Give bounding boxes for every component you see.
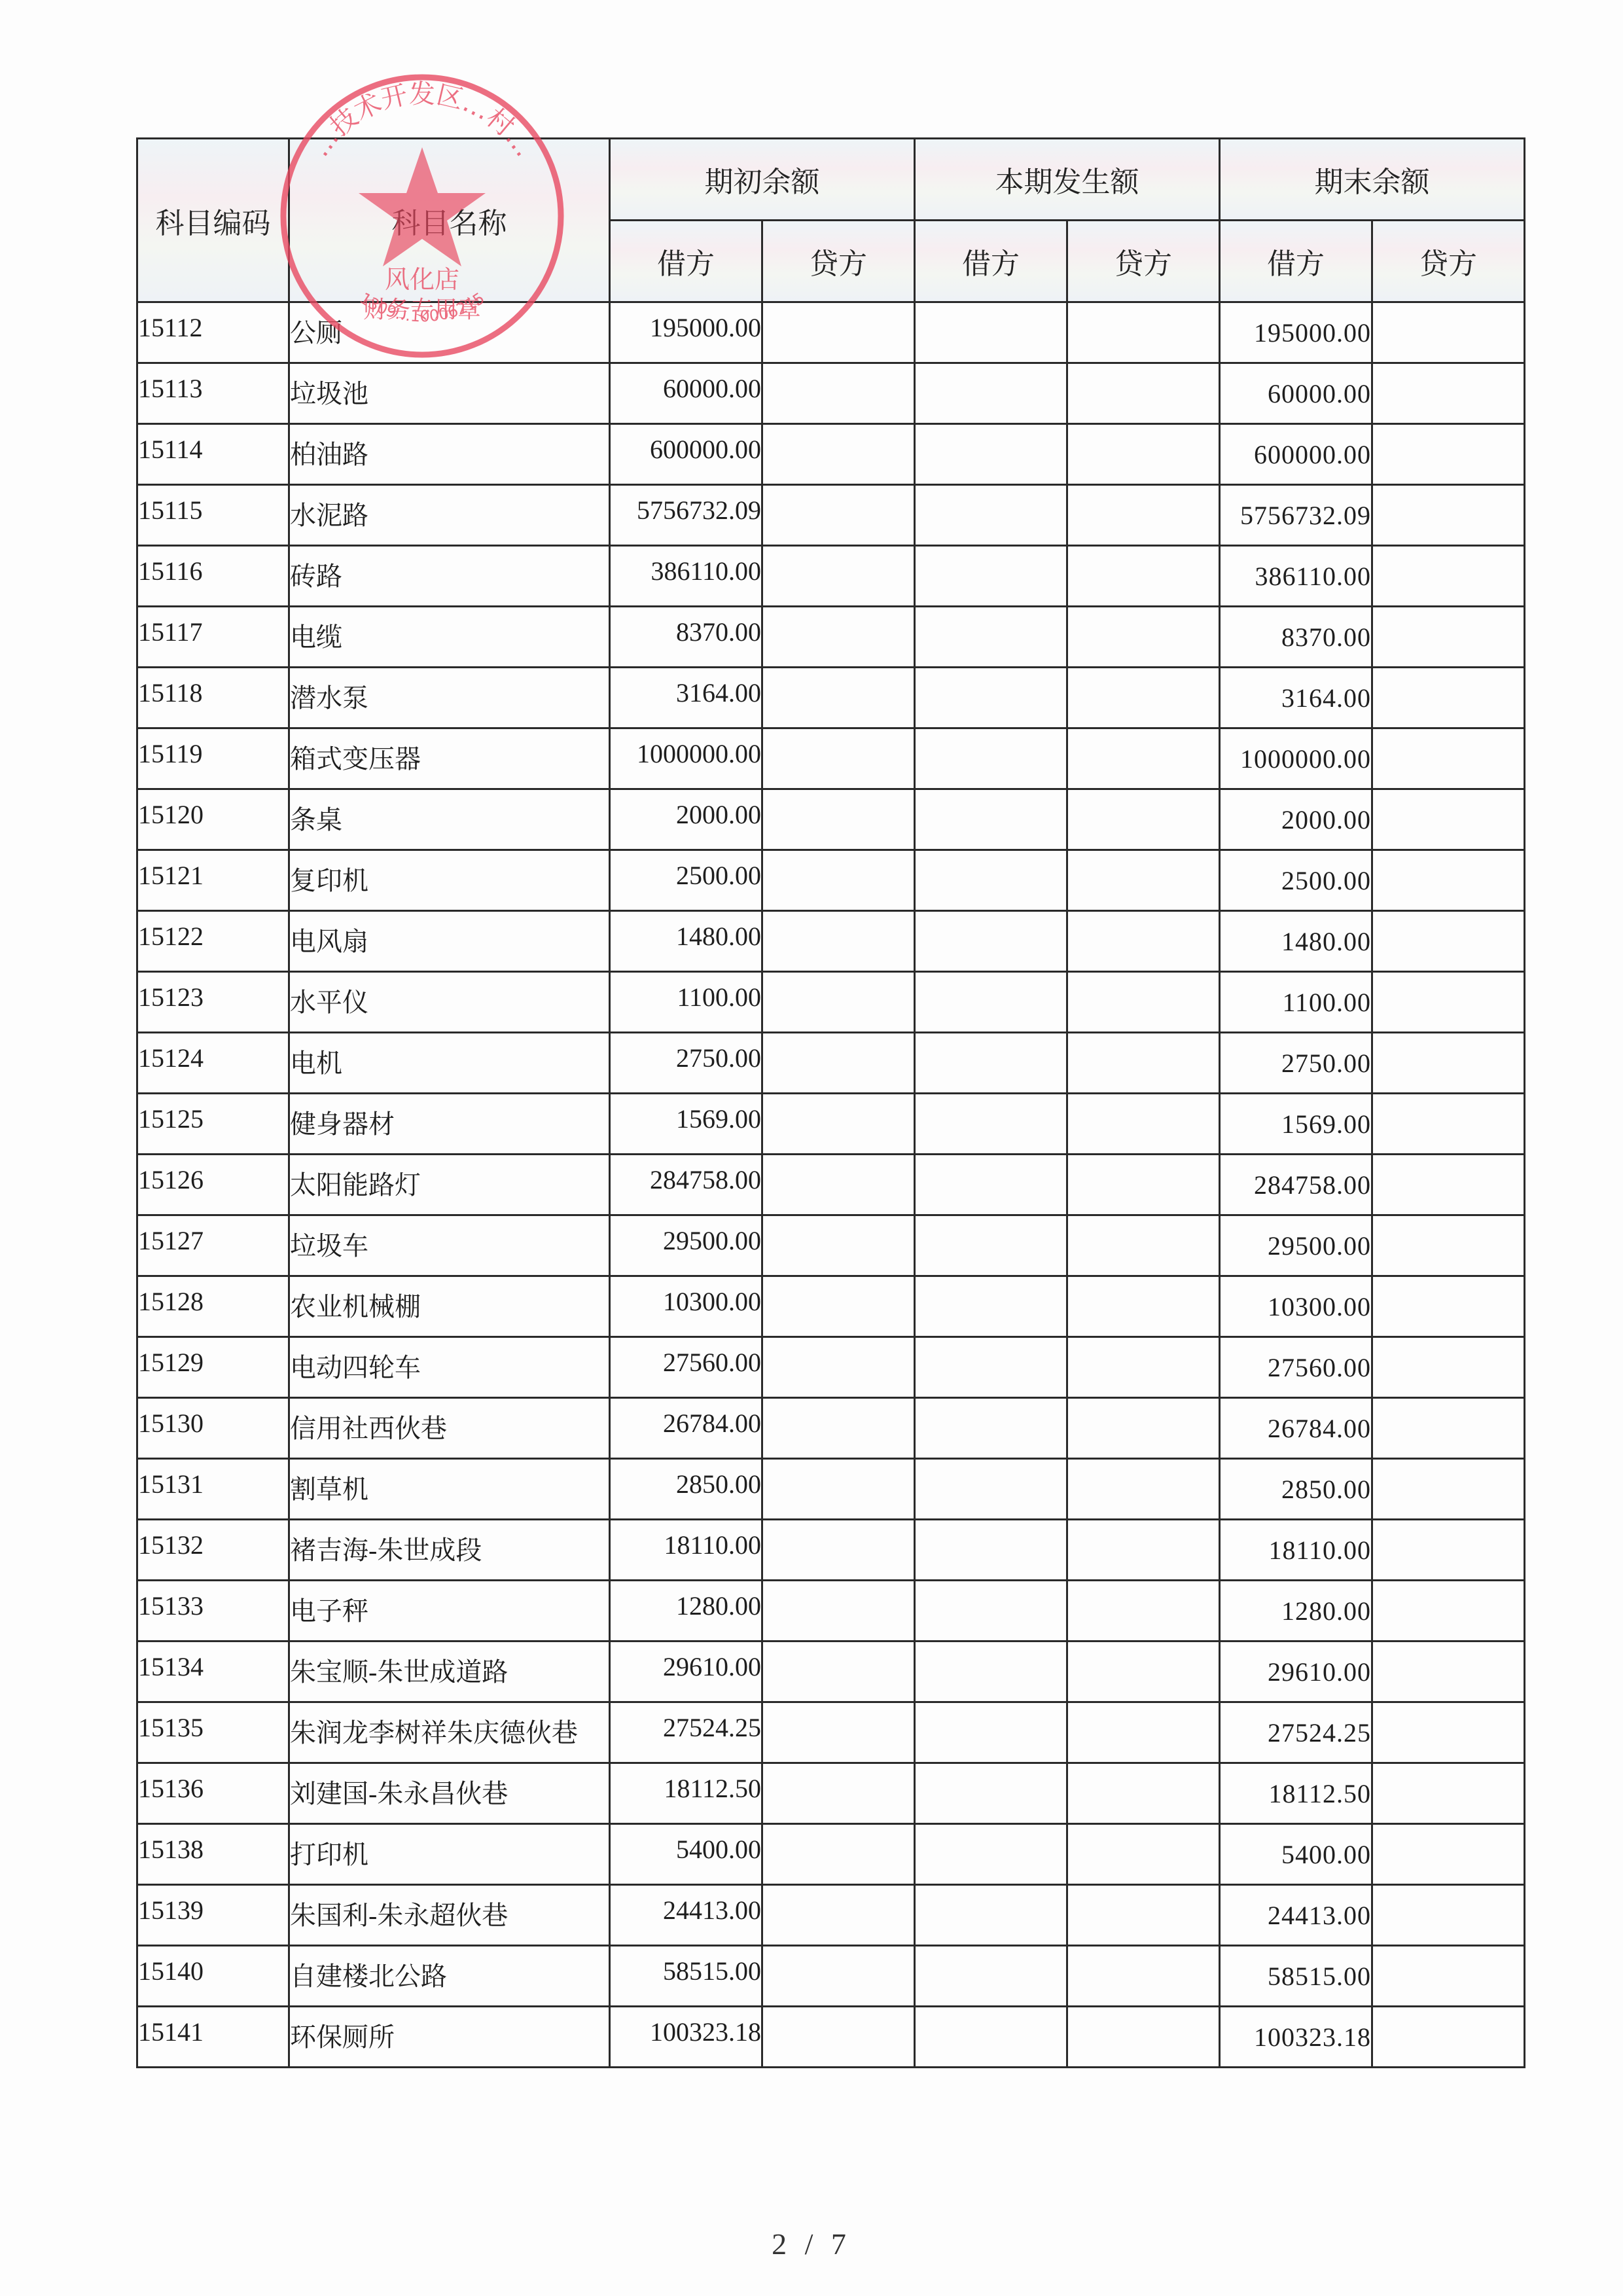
opening-credit-cell bbox=[762, 363, 915, 424]
opening-credit-cell bbox=[762, 1763, 915, 1824]
closing-debit-cell: 5400.00 bbox=[1220, 1824, 1372, 1885]
table-row: 15136刘建国-朱永昌伙巷18112.5018112.50 bbox=[137, 1763, 1525, 1824]
closing-credit-cell bbox=[1372, 1763, 1525, 1824]
table-row: 15139朱国利-朱永超伙巷24413.0024413.00 bbox=[137, 1885, 1525, 1946]
opening-credit-cell bbox=[762, 911, 915, 972]
account-name-cell: 水泥路 bbox=[289, 485, 610, 546]
period-debit-cell bbox=[915, 1824, 1067, 1885]
account-code-cell: 15122 bbox=[137, 911, 289, 972]
closing-credit-cell bbox=[1372, 1885, 1525, 1946]
account-balance-table: 科目编码 科目名称 期初余额 本期发生额 期末余额 借方 贷方 借方 贷方 借方… bbox=[136, 137, 1525, 2068]
closing-credit-cell bbox=[1372, 1641, 1525, 1702]
period-credit-cell bbox=[1067, 424, 1220, 485]
period-credit-cell bbox=[1067, 485, 1220, 546]
account-name-cell: 箱式变压器 bbox=[289, 728, 610, 789]
period-credit-cell bbox=[1067, 1459, 1220, 1520]
period-debit-cell bbox=[915, 668, 1067, 728]
page-indicator: 2 / 7 bbox=[0, 2227, 1623, 2261]
closing-credit-cell bbox=[1372, 668, 1525, 728]
account-name-cell: 砖路 bbox=[289, 546, 610, 607]
account-code-cell: 15141 bbox=[137, 2007, 289, 2068]
closing-debit-cell: 29500.00 bbox=[1220, 1215, 1372, 1276]
header-period-debit: 借方 bbox=[915, 221, 1067, 302]
opening-debit-cell: 386110.00 bbox=[610, 546, 762, 607]
table-row: 15122电风扇1480.001480.00 bbox=[137, 911, 1525, 972]
closing-credit-cell bbox=[1372, 1033, 1525, 1094]
account-name-cell: 电风扇 bbox=[289, 911, 610, 972]
period-credit-cell bbox=[1067, 1824, 1220, 1885]
table-row: 15116砖路386110.00386110.00 bbox=[137, 546, 1525, 607]
period-credit-cell bbox=[1067, 850, 1220, 911]
closing-debit-cell: 18112.50 bbox=[1220, 1763, 1372, 1824]
opening-debit-cell: 3164.00 bbox=[610, 668, 762, 728]
opening-credit-cell bbox=[762, 1946, 915, 2007]
account-name-cell: 复印机 bbox=[289, 850, 610, 911]
closing-debit-cell: 600000.00 bbox=[1220, 424, 1372, 485]
period-credit-cell bbox=[1067, 1398, 1220, 1459]
opening-credit-cell bbox=[762, 485, 915, 546]
opening-credit-cell bbox=[762, 1824, 915, 1885]
closing-debit-cell: 2500.00 bbox=[1220, 850, 1372, 911]
period-credit-cell bbox=[1067, 1885, 1220, 1946]
opening-credit-cell bbox=[762, 789, 915, 850]
period-credit-cell bbox=[1067, 668, 1220, 728]
period-debit-cell bbox=[915, 1520, 1067, 1581]
opening-credit-cell bbox=[762, 1702, 915, 1763]
closing-debit-cell: 195000.00 bbox=[1220, 302, 1372, 363]
table-row: 15133电子秤1280.001280.00 bbox=[137, 1581, 1525, 1641]
period-credit-cell bbox=[1067, 302, 1220, 363]
opening-debit-cell: 1569.00 bbox=[610, 1094, 762, 1155]
closing-credit-cell bbox=[1372, 363, 1525, 424]
period-debit-cell bbox=[915, 728, 1067, 789]
account-code-cell: 15127 bbox=[137, 1215, 289, 1276]
closing-credit-cell bbox=[1372, 546, 1525, 607]
opening-debit-cell: 284758.00 bbox=[610, 1155, 762, 1215]
table-row: 15124电机2750.002750.00 bbox=[137, 1033, 1525, 1094]
account-name-cell: 朱国利-朱永超伙巷 bbox=[289, 1885, 610, 1946]
table-row: 15138打印机5400.005400.00 bbox=[137, 1824, 1525, 1885]
opening-credit-cell bbox=[762, 302, 915, 363]
opening-credit-cell bbox=[762, 1459, 915, 1520]
header-closing-credit: 贷方 bbox=[1372, 221, 1525, 302]
opening-debit-cell: 18110.00 bbox=[610, 1520, 762, 1581]
opening-debit-cell: 195000.00 bbox=[610, 302, 762, 363]
opening-debit-cell: 10300.00 bbox=[610, 1276, 762, 1337]
opening-debit-cell: 27524.25 bbox=[610, 1702, 762, 1763]
table-row: 15128农业机械棚10300.0010300.00 bbox=[137, 1276, 1525, 1337]
opening-debit-cell: 100323.18 bbox=[610, 2007, 762, 2068]
account-code-cell: 15126 bbox=[137, 1155, 289, 1215]
table-row: 15113垃圾池60000.0060000.00 bbox=[137, 363, 1525, 424]
account-code-cell: 15118 bbox=[137, 668, 289, 728]
opening-debit-cell: 600000.00 bbox=[610, 424, 762, 485]
opening-credit-cell bbox=[762, 1155, 915, 1215]
closing-credit-cell bbox=[1372, 1215, 1525, 1276]
opening-credit-cell bbox=[762, 728, 915, 789]
table-row: 15119箱式变压器1000000.001000000.00 bbox=[137, 728, 1525, 789]
closing-debit-cell: 58515.00 bbox=[1220, 1946, 1372, 2007]
account-name-cell: 朱润龙李树祥朱庆德伙巷 bbox=[289, 1702, 610, 1763]
opening-debit-cell: 1000000.00 bbox=[610, 728, 762, 789]
closing-debit-cell: 1100.00 bbox=[1220, 972, 1372, 1033]
period-debit-cell bbox=[915, 1641, 1067, 1702]
opening-debit-cell: 5756732.09 bbox=[610, 485, 762, 546]
header-closing-debit: 借方 bbox=[1220, 221, 1372, 302]
account-name-cell: 褚吉海-朱世成段 bbox=[289, 1520, 610, 1581]
opening-credit-cell bbox=[762, 1337, 915, 1398]
opening-credit-cell bbox=[762, 668, 915, 728]
account-code-cell: 15129 bbox=[137, 1337, 289, 1398]
table-row: 15130信用社西伙巷26784.0026784.00 bbox=[137, 1398, 1525, 1459]
account-code-cell: 15128 bbox=[137, 1276, 289, 1337]
period-credit-cell bbox=[1067, 1276, 1220, 1337]
account-code-cell: 15117 bbox=[137, 607, 289, 668]
opening-credit-cell bbox=[762, 1398, 915, 1459]
closing-debit-cell: 27524.25 bbox=[1220, 1702, 1372, 1763]
opening-credit-cell bbox=[762, 1033, 915, 1094]
period-credit-cell bbox=[1067, 1094, 1220, 1155]
table-row: 15134朱宝顺-朱世成道路29610.0029610.00 bbox=[137, 1641, 1525, 1702]
period-credit-cell bbox=[1067, 607, 1220, 668]
table-row: 15118潜水泵3164.003164.00 bbox=[137, 668, 1525, 728]
table-row: 15115水泥路5756732.095756732.09 bbox=[137, 485, 1525, 546]
account-code-cell: 15115 bbox=[137, 485, 289, 546]
closing-credit-cell bbox=[1372, 1398, 1525, 1459]
account-name-cell: 环保厕所 bbox=[289, 2007, 610, 2068]
period-credit-cell bbox=[1067, 911, 1220, 972]
account-code-cell: 15133 bbox=[137, 1581, 289, 1641]
period-debit-cell bbox=[915, 972, 1067, 1033]
header-opening-balance: 期初余额 bbox=[610, 139, 915, 221]
opening-debit-cell: 29500.00 bbox=[610, 1215, 762, 1276]
closing-debit-cell: 5756732.09 bbox=[1220, 485, 1372, 546]
closing-debit-cell: 10300.00 bbox=[1220, 1276, 1372, 1337]
table-row: 15117电缆8370.008370.00 bbox=[137, 607, 1525, 668]
account-code-cell: 15134 bbox=[137, 1641, 289, 1702]
opening-credit-cell bbox=[762, 546, 915, 607]
closing-debit-cell: 60000.00 bbox=[1220, 363, 1372, 424]
closing-credit-cell bbox=[1372, 1824, 1525, 1885]
closing-debit-cell: 26784.00 bbox=[1220, 1398, 1372, 1459]
account-name-cell: 电子秤 bbox=[289, 1581, 610, 1641]
opening-debit-cell: 2000.00 bbox=[610, 789, 762, 850]
closing-credit-cell bbox=[1372, 1520, 1525, 1581]
account-code-cell: 15131 bbox=[137, 1459, 289, 1520]
closing-credit-cell bbox=[1372, 1459, 1525, 1520]
table-row: 15140自建楼北公路58515.0058515.00 bbox=[137, 1946, 1525, 2007]
opening-debit-cell: 27560.00 bbox=[610, 1337, 762, 1398]
closing-credit-cell bbox=[1372, 1276, 1525, 1337]
period-credit-cell bbox=[1067, 1946, 1220, 2007]
table-body: 15112公厕195000.00195000.0015113垃圾池60000.0… bbox=[137, 302, 1525, 2068]
opening-credit-cell bbox=[762, 1276, 915, 1337]
period-credit-cell bbox=[1067, 1641, 1220, 1702]
period-credit-cell bbox=[1067, 1702, 1220, 1763]
account-code-cell: 15136 bbox=[137, 1763, 289, 1824]
table-row: 15125健身器材1569.001569.00 bbox=[137, 1094, 1525, 1155]
period-debit-cell bbox=[915, 1276, 1067, 1337]
opening-credit-cell bbox=[762, 2007, 915, 2068]
period-debit-cell bbox=[915, 1215, 1067, 1276]
closing-credit-cell bbox=[1372, 1094, 1525, 1155]
period-debit-cell bbox=[915, 1702, 1067, 1763]
opening-debit-cell: 2750.00 bbox=[610, 1033, 762, 1094]
period-debit-cell bbox=[915, 1885, 1067, 1946]
closing-debit-cell: 2000.00 bbox=[1220, 789, 1372, 850]
period-credit-cell bbox=[1067, 1033, 1220, 1094]
closing-debit-cell: 1480.00 bbox=[1220, 911, 1372, 972]
period-debit-cell bbox=[915, 485, 1067, 546]
table-row: 15120条桌2000.002000.00 bbox=[137, 789, 1525, 850]
opening-debit-cell: 1280.00 bbox=[610, 1581, 762, 1641]
closing-debit-cell: 1569.00 bbox=[1220, 1094, 1372, 1155]
opening-debit-cell: 1480.00 bbox=[610, 911, 762, 972]
closing-debit-cell: 284758.00 bbox=[1220, 1155, 1372, 1215]
opening-debit-cell: 29610.00 bbox=[610, 1641, 762, 1702]
account-name-cell: 农业机械棚 bbox=[289, 1276, 610, 1337]
table-row: 15112公厕195000.00195000.00 bbox=[137, 302, 1525, 363]
period-credit-cell bbox=[1067, 1337, 1220, 1398]
period-debit-cell bbox=[915, 1459, 1067, 1520]
closing-debit-cell: 1000000.00 bbox=[1220, 728, 1372, 789]
account-code-cell: 15112 bbox=[137, 302, 289, 363]
account-name-cell: 电动四轮车 bbox=[289, 1337, 610, 1398]
header-opening-debit: 借方 bbox=[610, 221, 762, 302]
period-debit-cell bbox=[915, 789, 1067, 850]
account-name-cell: 潜水泵 bbox=[289, 668, 610, 728]
period-debit-cell bbox=[915, 546, 1067, 607]
account-code-cell: 15121 bbox=[137, 850, 289, 911]
period-debit-cell bbox=[915, 607, 1067, 668]
period-credit-cell bbox=[1067, 1155, 1220, 1215]
closing-credit-cell bbox=[1372, 728, 1525, 789]
closing-debit-cell: 1280.00 bbox=[1220, 1581, 1372, 1641]
account-name-cell: 垃圾池 bbox=[289, 363, 610, 424]
account-code-cell: 15120 bbox=[137, 789, 289, 850]
account-code-cell: 15114 bbox=[137, 424, 289, 485]
period-credit-cell bbox=[1067, 1763, 1220, 1824]
table-row: 15127垃圾车29500.0029500.00 bbox=[137, 1215, 1525, 1276]
header-account-code: 科目编码 bbox=[137, 139, 289, 302]
account-name-cell: 割草机 bbox=[289, 1459, 610, 1520]
closing-debit-cell: 27560.00 bbox=[1220, 1337, 1372, 1398]
closing-credit-cell bbox=[1372, 850, 1525, 911]
period-debit-cell bbox=[915, 1094, 1067, 1155]
header-period-credit: 贷方 bbox=[1067, 221, 1220, 302]
account-code-cell: 15116 bbox=[137, 546, 289, 607]
opening-debit-cell: 24413.00 bbox=[610, 1885, 762, 1946]
period-debit-cell bbox=[915, 1946, 1067, 2007]
closing-debit-cell: 18110.00 bbox=[1220, 1520, 1372, 1581]
opening-credit-cell bbox=[762, 424, 915, 485]
opening-credit-cell bbox=[762, 1641, 915, 1702]
opening-debit-cell: 2850.00 bbox=[610, 1459, 762, 1520]
header-period-amount: 本期发生额 bbox=[915, 139, 1220, 221]
closing-credit-cell bbox=[1372, 607, 1525, 668]
header-closing-balance: 期末余额 bbox=[1220, 139, 1525, 221]
opening-debit-cell: 1100.00 bbox=[610, 972, 762, 1033]
opening-credit-cell bbox=[762, 607, 915, 668]
table-row: 15131割草机2850.002850.00 bbox=[137, 1459, 1525, 1520]
closing-credit-cell bbox=[1372, 1946, 1525, 2007]
period-credit-cell bbox=[1067, 1215, 1220, 1276]
closing-credit-cell bbox=[1372, 789, 1525, 850]
account-code-cell: 15124 bbox=[137, 1033, 289, 1094]
closing-debit-cell: 29610.00 bbox=[1220, 1641, 1372, 1702]
account-code-cell: 15138 bbox=[137, 1824, 289, 1885]
period-credit-cell bbox=[1067, 1581, 1220, 1641]
opening-credit-cell bbox=[762, 1581, 915, 1641]
table-row: 15126太阳能路灯284758.00284758.00 bbox=[137, 1155, 1525, 1215]
opening-credit-cell bbox=[762, 972, 915, 1033]
opening-debit-cell: 2500.00 bbox=[610, 850, 762, 911]
opening-credit-cell bbox=[762, 1215, 915, 1276]
account-name-cell: 打印机 bbox=[289, 1824, 610, 1885]
account-name-cell: 水平仪 bbox=[289, 972, 610, 1033]
opening-debit-cell: 5400.00 bbox=[610, 1824, 762, 1885]
account-name-cell: 信用社西伙巷 bbox=[289, 1398, 610, 1459]
closing-credit-cell bbox=[1372, 2007, 1525, 2068]
period-debit-cell bbox=[915, 1398, 1067, 1459]
period-debit-cell bbox=[915, 1763, 1067, 1824]
closing-debit-cell: 3164.00 bbox=[1220, 668, 1372, 728]
closing-credit-cell bbox=[1372, 1581, 1525, 1641]
period-credit-cell bbox=[1067, 363, 1220, 424]
closing-credit-cell bbox=[1372, 972, 1525, 1033]
account-name-cell: 柏油路 bbox=[289, 424, 610, 485]
account-code-cell: 15139 bbox=[137, 1885, 289, 1946]
table-row: 15135朱润龙李树祥朱庆德伙巷27524.2527524.25 bbox=[137, 1702, 1525, 1763]
opening-credit-cell bbox=[762, 1094, 915, 1155]
period-debit-cell bbox=[915, 911, 1067, 972]
account-name-cell: 健身器材 bbox=[289, 1094, 610, 1155]
opening-debit-cell: 26784.00 bbox=[610, 1398, 762, 1459]
account-name-cell: 公厕 bbox=[289, 302, 610, 363]
closing-debit-cell: 2750.00 bbox=[1220, 1033, 1372, 1094]
period-debit-cell bbox=[915, 363, 1067, 424]
account-name-cell: 朱宝顺-朱世成道路 bbox=[289, 1641, 610, 1702]
account-name-cell: 刘建国-朱永昌伙巷 bbox=[289, 1763, 610, 1824]
header-opening-credit: 贷方 bbox=[762, 221, 915, 302]
period-debit-cell bbox=[915, 424, 1067, 485]
account-name-cell: 条桌 bbox=[289, 789, 610, 850]
table-row: 15123水平仪1100.001100.00 bbox=[137, 972, 1525, 1033]
opening-credit-cell bbox=[762, 1885, 915, 1946]
opening-debit-cell: 58515.00 bbox=[610, 1946, 762, 2007]
closing-debit-cell: 24413.00 bbox=[1220, 1885, 1372, 1946]
closing-credit-cell bbox=[1372, 1155, 1525, 1215]
closing-credit-cell bbox=[1372, 911, 1525, 972]
account-code-cell: 15135 bbox=[137, 1702, 289, 1763]
account-code-cell: 15132 bbox=[137, 1520, 289, 1581]
table-row: 15141环保厕所100323.18100323.18 bbox=[137, 2007, 1525, 2068]
closing-credit-cell bbox=[1372, 302, 1525, 363]
table-row: 15129电动四轮车27560.0027560.00 bbox=[137, 1337, 1525, 1398]
period-debit-cell bbox=[915, 302, 1067, 363]
period-credit-cell bbox=[1067, 789, 1220, 850]
table-row: 15114柏油路600000.00600000.00 bbox=[137, 424, 1525, 485]
closing-debit-cell: 100323.18 bbox=[1220, 2007, 1372, 2068]
closing-debit-cell: 386110.00 bbox=[1220, 546, 1372, 607]
closing-credit-cell bbox=[1372, 424, 1525, 485]
account-code-cell: 15130 bbox=[137, 1398, 289, 1459]
opening-debit-cell: 8370.00 bbox=[610, 607, 762, 668]
account-code-cell: 15119 bbox=[137, 728, 289, 789]
opening-credit-cell bbox=[762, 1520, 915, 1581]
table-header: 科目编码 科目名称 期初余额 本期发生额 期末余额 借方 贷方 借方 贷方 借方… bbox=[137, 139, 1525, 302]
opening-debit-cell: 60000.00 bbox=[610, 363, 762, 424]
account-name-cell: 自建楼北公路 bbox=[289, 1946, 610, 2007]
period-debit-cell bbox=[915, 1337, 1067, 1398]
period-debit-cell bbox=[915, 1033, 1067, 1094]
document-page: 科目编码 科目名称 期初余额 本期发生额 期末余额 借方 贷方 借方 贷方 借方… bbox=[0, 0, 1623, 2296]
period-debit-cell bbox=[915, 2007, 1067, 2068]
account-code-cell: 15123 bbox=[137, 972, 289, 1033]
account-code-cell: 15113 bbox=[137, 363, 289, 424]
closing-credit-cell bbox=[1372, 485, 1525, 546]
period-credit-cell bbox=[1067, 546, 1220, 607]
account-name-cell: 电机 bbox=[289, 1033, 610, 1094]
period-debit-cell bbox=[915, 1155, 1067, 1215]
account-code-cell: 15125 bbox=[137, 1094, 289, 1155]
closing-credit-cell bbox=[1372, 1337, 1525, 1398]
account-name-cell: 电缆 bbox=[289, 607, 610, 668]
account-code-cell: 15140 bbox=[137, 1946, 289, 2007]
period-debit-cell bbox=[915, 850, 1067, 911]
account-name-cell: 垃圾车 bbox=[289, 1215, 610, 1276]
opening-debit-cell: 18112.50 bbox=[610, 1763, 762, 1824]
closing-debit-cell: 8370.00 bbox=[1220, 607, 1372, 668]
period-debit-cell bbox=[915, 1581, 1067, 1641]
table-row: 15121复印机2500.002500.00 bbox=[137, 850, 1525, 911]
table-row: 15132褚吉海-朱世成段18110.0018110.00 bbox=[137, 1520, 1525, 1581]
header-account-name: 科目名称 bbox=[289, 139, 610, 302]
period-credit-cell bbox=[1067, 2007, 1220, 2068]
account-name-cell: 太阳能路灯 bbox=[289, 1155, 610, 1215]
period-credit-cell bbox=[1067, 728, 1220, 789]
period-credit-cell bbox=[1067, 1520, 1220, 1581]
closing-credit-cell bbox=[1372, 1702, 1525, 1763]
period-credit-cell bbox=[1067, 972, 1220, 1033]
opening-credit-cell bbox=[762, 850, 915, 911]
closing-debit-cell: 2850.00 bbox=[1220, 1459, 1372, 1520]
